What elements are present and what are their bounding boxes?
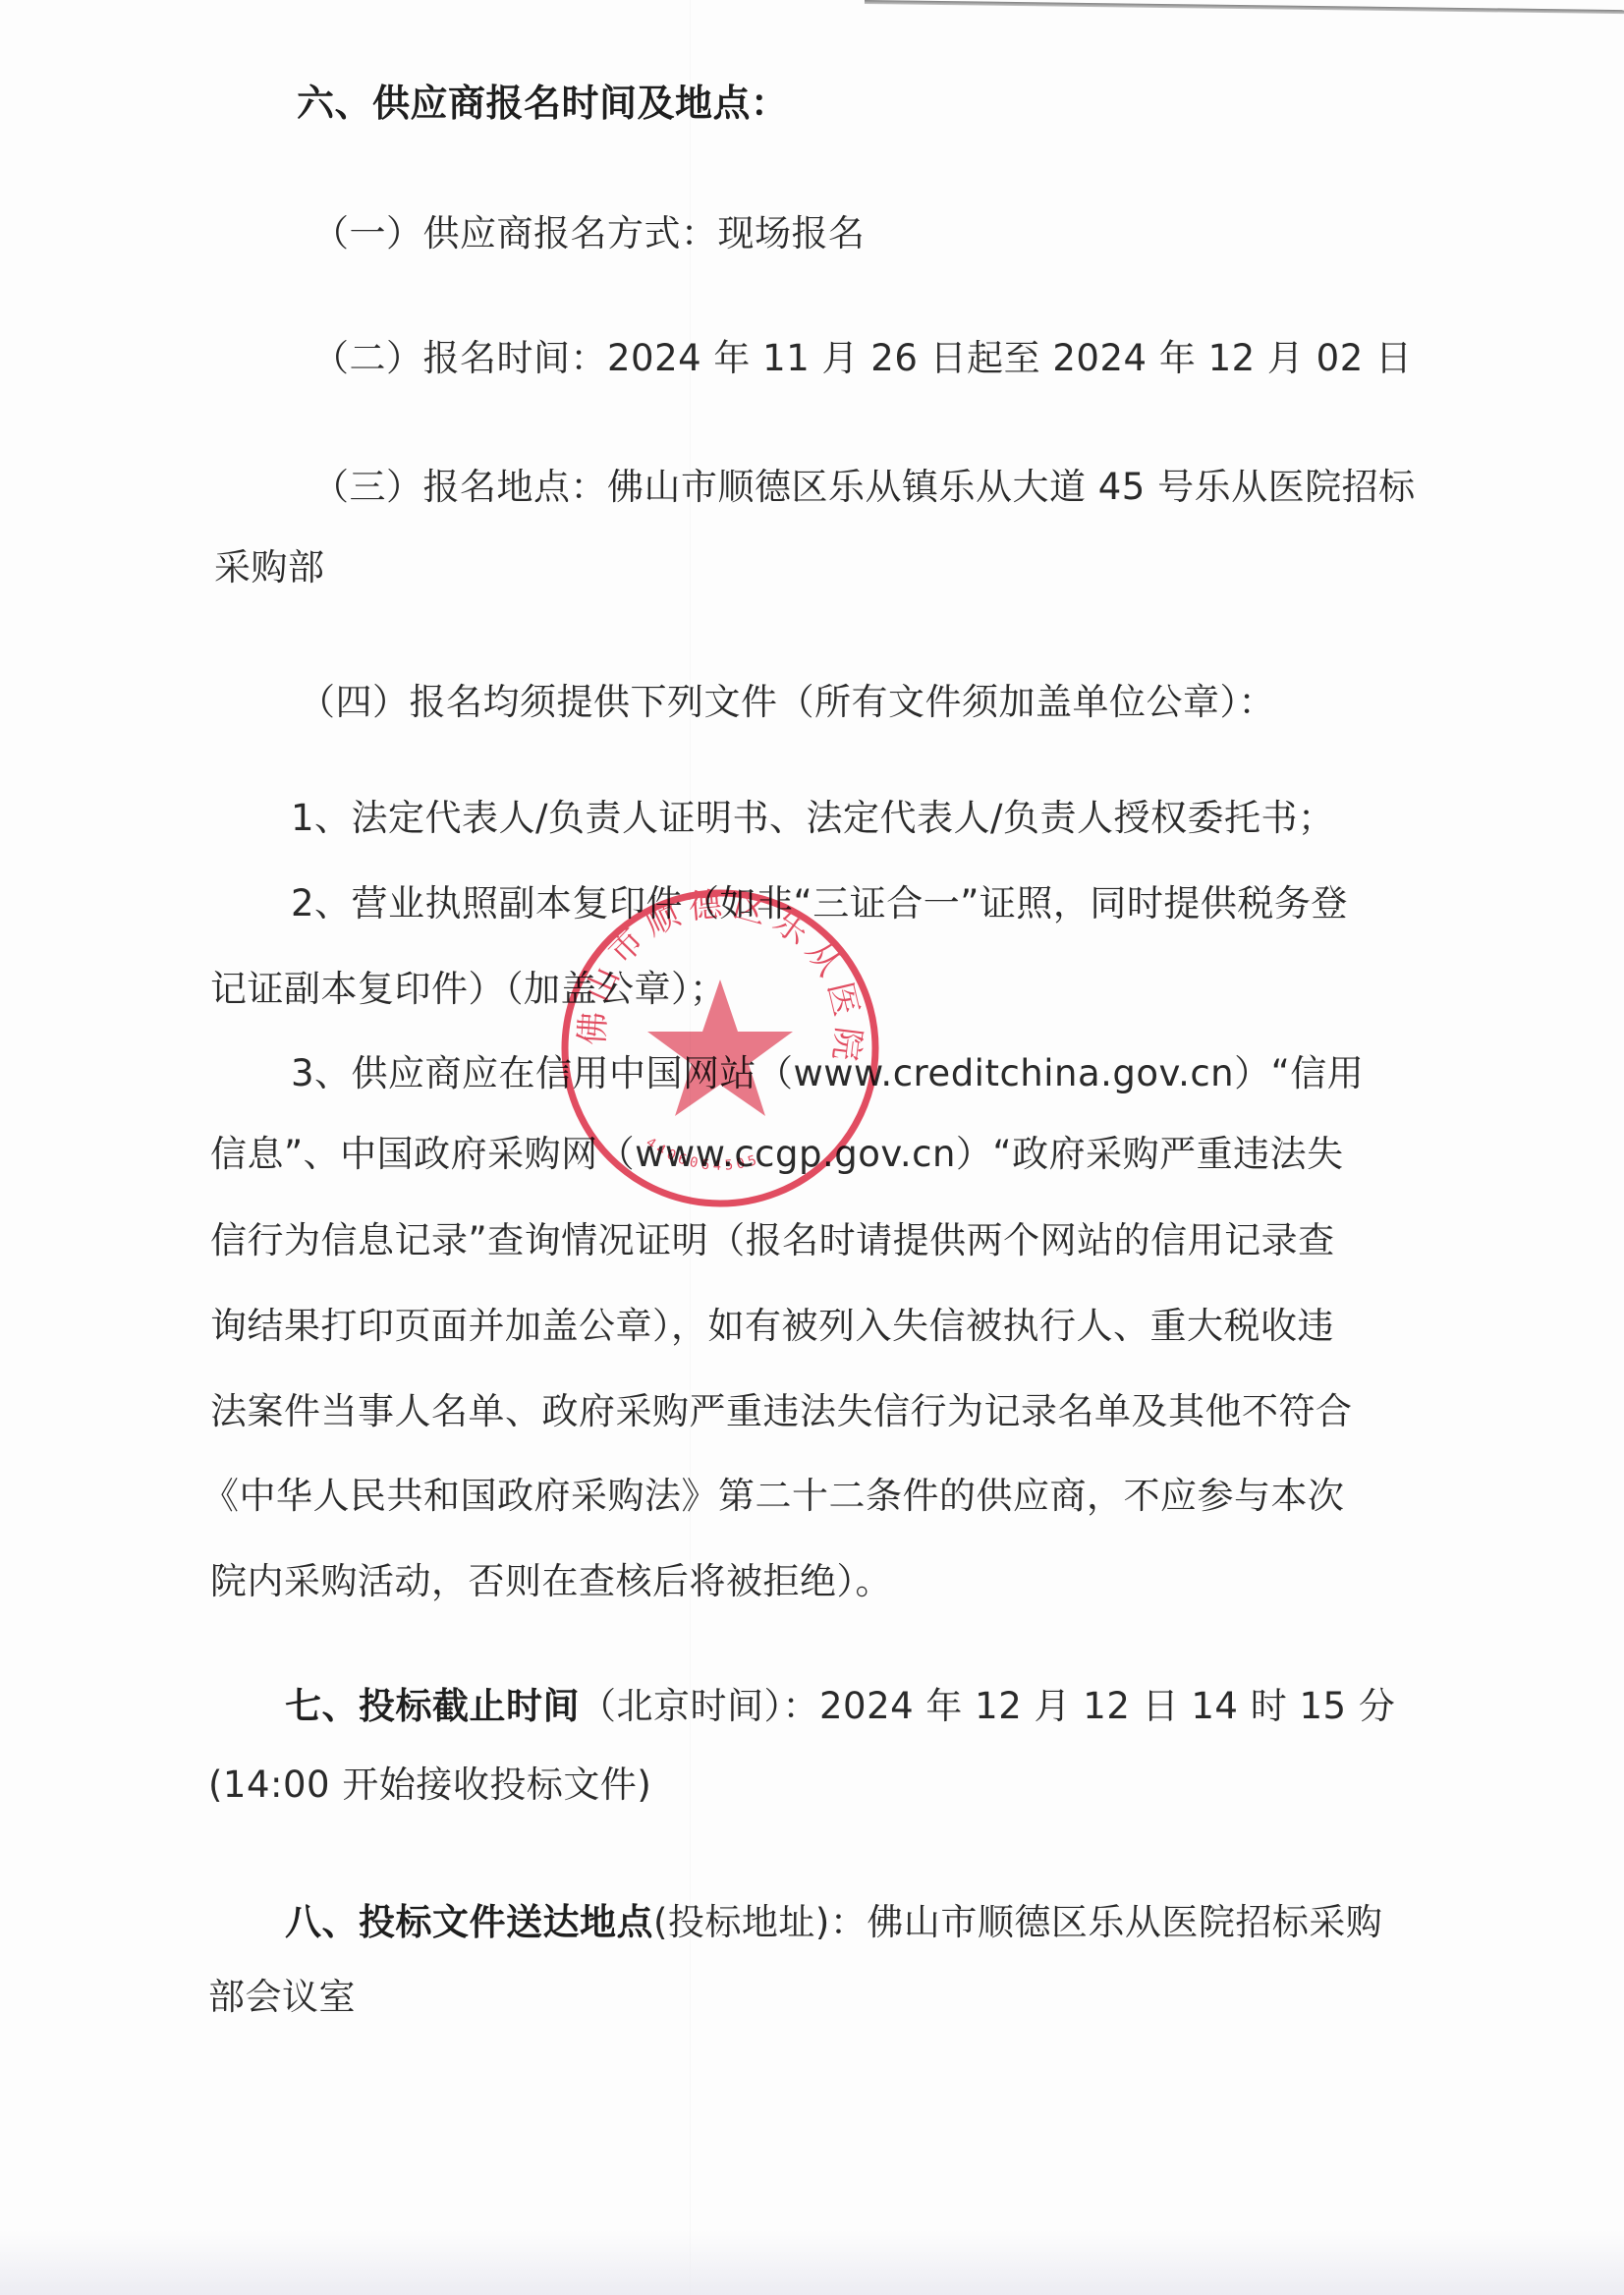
doc-requirement-2-line-2: 记证副本复印件）（加盖公章）； [210,966,727,1013]
doc-requirement-1: 1、法定代表人/负责人证明书、法定代表人/负责人授权委托书； [291,795,1334,842]
section-8-heading: 八、投标文件送达地点(投标地址)：佛山市顺德区乐从医院招标采购 [285,1899,1382,1946]
doc-requirement-3-line-2: 信息”、中国政府采购网（www.ccgp.gov.cn）“政府采购严重违法失 [210,1131,1344,1178]
doc-requirement-2-line-1: 2、营业执照副本复印件（如非“三证合一”证照，同时提供税务登 [291,880,1348,927]
section-6-item-3-line-2: 采购部 [214,544,325,591]
section-8-address-line-2: 部会议室 [208,1974,356,2021]
section-6-item-3-line-1: （三）报名地点：佛山市顺德区乐从镇乐从大道 45 号乐从医院招标 [312,464,1416,511]
section-6-item-2: （二）报名时间：2024 年 11 月 26 日起至 2024 年 12 月 0… [312,335,1413,382]
section-8-address: (投标地址)：佛山市顺德区乐从医院招标采购 [653,1901,1382,1943]
section-8-title: 八、投标文件送达地点 [285,1901,653,1943]
doc-requirement-3-line-3: 信行为信息记录”查询情况证明（报名时请提供两个网站的信用记录查 [210,1217,1335,1264]
section-7-deadline: （北京时间）：2024 年 12 月 12 日 14 时 15 分 [580,1685,1395,1727]
doc-requirement-3-line-1: 3、供应商应在信用中国网站（www.creditchina.gov.cn）“信用 [291,1050,1364,1097]
doc-requirement-3-line-6: 《中华人民共和国政府采购法》第二十二条件的供应商，不应参与本次 [202,1473,1345,1520]
section-6-item-1: （一）供应商报名方式：现场报名 [312,210,866,257]
section-7-title: 七、投标截止时间 [285,1685,580,1727]
section-7-note: (14:00 开始接收投标文件) [208,1762,651,1809]
doc-requirement-3-line-5: 法案件当事人名单、政府采购严重违法失信行为记录名单及其他不符合 [210,1388,1353,1435]
scan-edge-line [865,0,1624,14]
section-6-item-4: （四）报名均须提供下列文件（所有文件须加盖单位公章）： [299,679,1275,726]
doc-requirement-3-line-7: 院内采购活动，否则在查核后将被拒绝）。 [210,1558,892,1605]
section-6-heading: 六、供应商报名时间及地点： [297,80,789,127]
scan-shadow [0,2230,1624,2295]
section-7-heading: 七、投标截止时间（北京时间）：2024 年 12 月 12 日 14 时 15 … [285,1683,1395,1730]
doc-requirement-3-line-4: 询结果打印页面并加盖公章），如有被列入失信被执行人、重大税收违 [210,1303,1334,1350]
